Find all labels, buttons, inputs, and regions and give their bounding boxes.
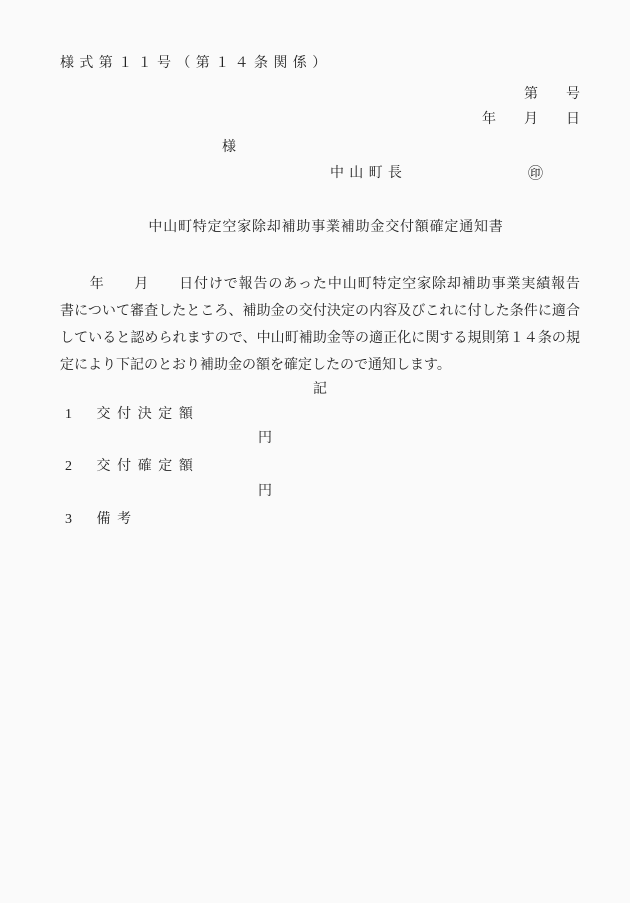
list-item-2: 2 交付確定額 (60, 458, 580, 476)
document-title: 中山町特定空家除却補助事業補助金交付額確定通知書 (60, 218, 580, 238)
body-line-3: していると認められますので、中山町補助金等の適正化に関する規則第１４条の規 (60, 325, 580, 352)
body-line-2: 書について審査したところ、補助金の交付決定の内容及びこれに付した条件に適合 (60, 298, 580, 325)
item-1-unit: 円 (258, 430, 580, 448)
item-2-unit: 円 (258, 483, 580, 501)
addressee-honorific: 様 (222, 139, 580, 157)
document-number-line: 第 号 (60, 86, 580, 104)
date-line: 年 月 日 (60, 111, 580, 129)
body-line-1: 年 月 日付けで報告のあった中山町特定空家除却補助事業実績報告 (60, 271, 580, 298)
document-page: 様式第１１号（第１４条関係） 第 号 年 月 日 様 中山町長 ㊞ 中山町特定空… (0, 0, 630, 903)
item-number: 2 (65, 458, 79, 476)
seal-mark-icon: ㊞ (528, 165, 543, 183)
body-paragraph: 年 月 日付けで報告のあった中山町特定空家除却補助事業実績報告 書について審査し… (60, 271, 580, 379)
sender-line: 中山町長 ㊞ (60, 165, 580, 183)
item-label: 備考 (97, 512, 138, 527)
body-line-4: 定により下記のとおり補助金の額を確定したので通知します。 (60, 352, 580, 379)
item-label: 交付確定額 (97, 459, 200, 474)
record-marker: 記 (60, 381, 580, 399)
list-item-1: 1 交付決定額 (60, 406, 580, 424)
item-number: 1 (65, 406, 79, 424)
sender-name: 中山町長 (330, 166, 407, 181)
item-number: 3 (65, 511, 79, 529)
list-item-3: 3 備考 (60, 511, 580, 529)
item-label: 交付決定額 (97, 407, 200, 422)
form-number: 様式第１１号（第１４条関係） (60, 0, 580, 73)
